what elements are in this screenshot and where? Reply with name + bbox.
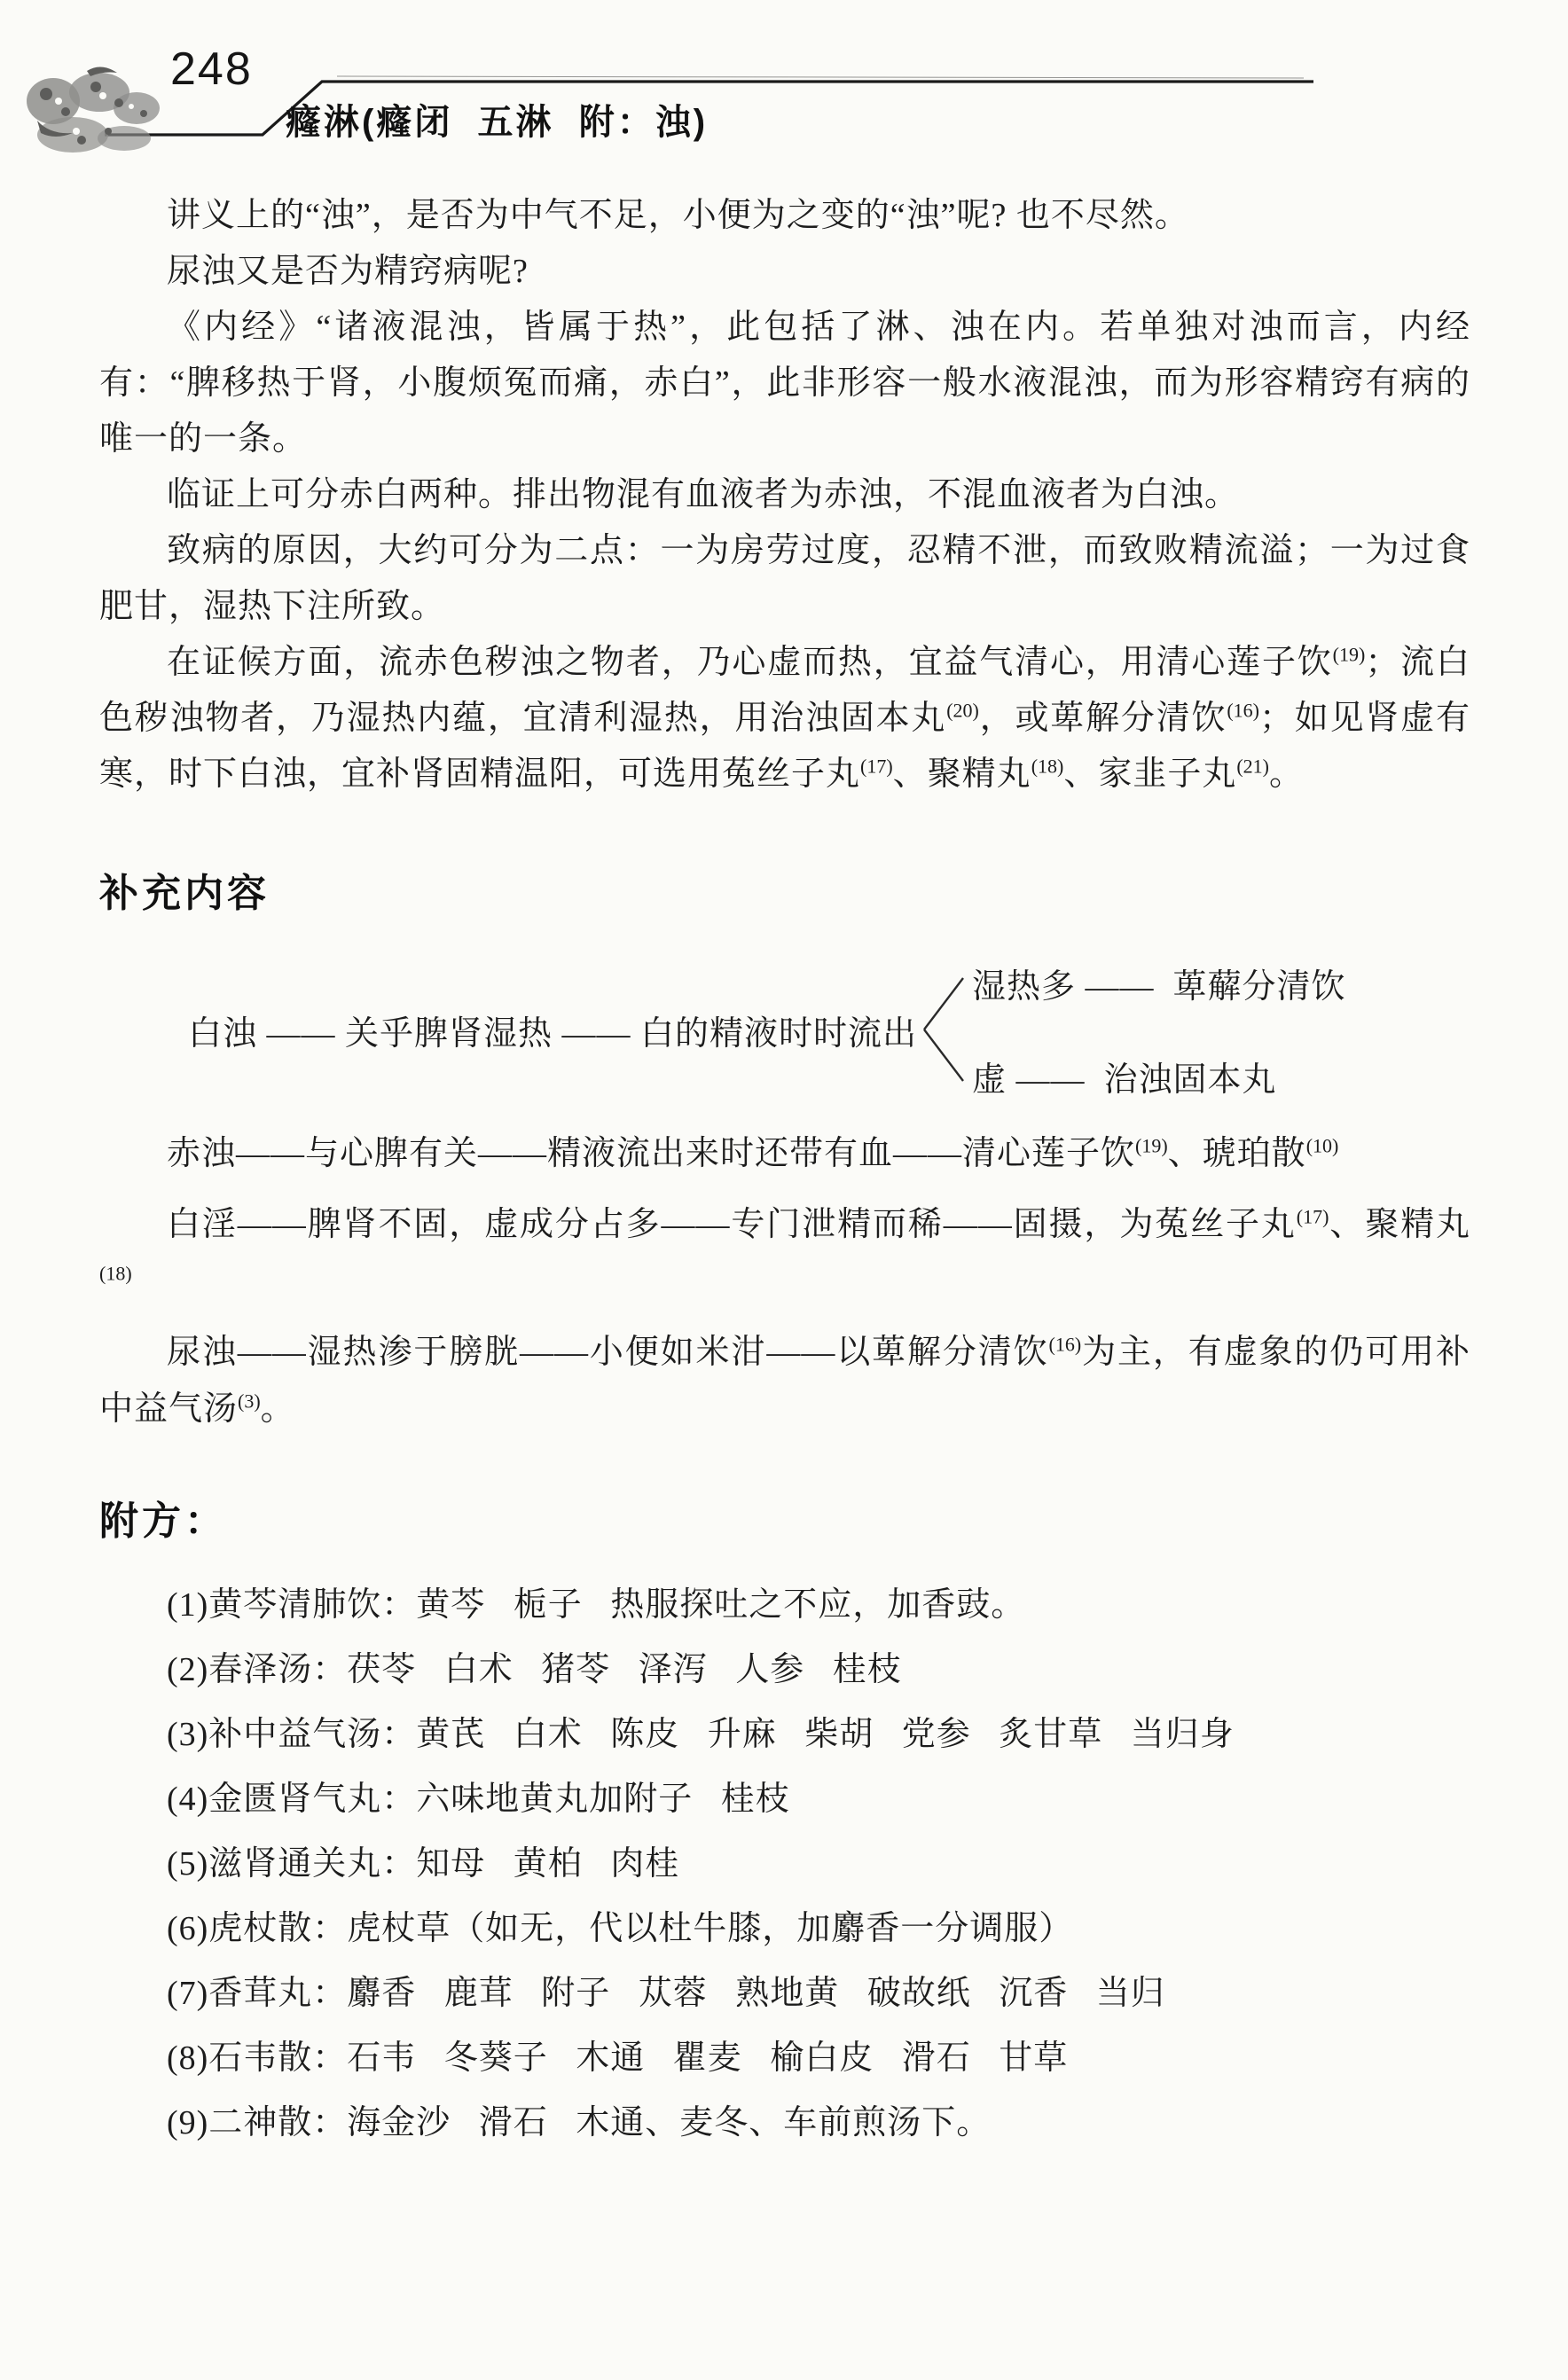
entry-white-seepage: 白淫——脾肾不固，虚成分占多——专门泄精而稀——固摄，为菟丝子丸(17)、聚精丸…	[99, 1196, 1470, 1310]
branch-deficiency: 虚 —— 治浊固本丸	[972, 1052, 1346, 1100]
supplement-entries: 赤浊——与心脾有关——精液流出来时还带有血——清心莲子饮(19)、琥珀散(10)…	[99, 1125, 1470, 1437]
prescription-item: (1)黄芩清肺饮：黄芩 栀子 热服探吐之不应，加香豉。	[99, 1576, 1470, 1635]
prescription-item: (7)香茸丸：麝香 鹿茸 附子 苁蓉 熟地黄 破故纸 沉香 当归	[99, 1964, 1470, 2024]
page-number: 248	[170, 43, 253, 96]
prescription-item: (9)二神散：海金沙 滑石 木通、麦冬、车前煎汤下。	[99, 2094, 1470, 2153]
intro-paragraph: 尿浊又是否为精窍病呢?	[99, 244, 1470, 300]
stamp-image	[20, 50, 169, 165]
prescription-item: (4)金匮肾气丸：六味地黄丸加附子 桂枝	[99, 1770, 1470, 1829]
prescription-item: (5)滋肾通关丸：知母 黄柏 肉桂	[99, 1835, 1470, 1894]
prescription-list: (1)黄芩清肺饮：黄芩 栀子 热服探吐之不应，加香豉。 (2)春泽汤：茯苓 白术…	[99, 1576, 1470, 2153]
branch-damp-heat: 湿热多 —— 萆薢分清饮	[972, 959, 1346, 1007]
intro-paragraph: 在证候方面，流赤色秽浊之物者，乃心虚而热，宜益气清心，用清心莲子饮(19)；流白…	[99, 635, 1470, 802]
diagram-main-line: 白浊 —— 关乎脾肾湿热 —— 白的精液时时流出	[188, 1006, 917, 1054]
section-heading-supplement: 补充内容	[99, 861, 1470, 918]
branch-bracket	[921, 969, 967, 1090]
prescription-item: (3)补中益气汤：黄芪 白术 陈皮 升麻 柴胡 党参 炙甘草 当归身	[99, 1705, 1470, 1765]
page-body: 讲义上的“浊”，是否为中气不足，小便为之变的“浊”呢? 也不尽然。 尿浊又是否为…	[99, 188, 1470, 2158]
prescription-item: (8)石韦散：石韦 冬葵子 木通 瞿麦 榆白皮 滑石 甘草	[99, 2029, 1470, 2088]
entry-urine-turbidity: 尿浊——湿热渗于膀胱——小便如米泔——以萆解分清饮(16)为主，有虚象的仍可用补…	[99, 1324, 1470, 1437]
prescription-item: (6)虎杖散：虎杖草（如无，代以杜牛膝，加麝香一分调服）	[99, 1899, 1470, 1959]
diagram-branches: 湿热多 —— 萆薢分清饮 虚 —— 治浊固本丸	[972, 959, 1346, 1100]
intro-paragraph: 临证上可分赤白两种。排出物混有血液者为赤浊，不混血液者为白浊。	[99, 467, 1470, 523]
section-heading-prescriptions: 附方：	[99, 1489, 1470, 1546]
intro-paragraph: 《内经》“诸液混浊，皆属于热”，此包括了淋、浊在内。若单独对浊而言，内经有：“脾…	[99, 300, 1470, 467]
chapter-title: 癃淋(癃闭 五淋 附：浊)	[286, 94, 708, 145]
prescription-item: (2)春泽汤：茯苓 白术 猪苓 泽泻 人参 桂枝	[99, 1640, 1470, 1700]
intro-paragraph: 致病的原因，大约可分为二点：一为房劳过度，忍精不泄，而致败精流溢；一为过食肥甘，…	[99, 523, 1470, 635]
intro-paragraph: 讲义上的“浊”，是否为中气不足，小便为之变的“浊”呢? 也不尽然。	[99, 188, 1470, 244]
white-turbidity-diagram: 白浊 —— 关乎脾肾湿热 —— 白的精液时时流出 湿热多 —— 萆薢分清饮 虚 …	[188, 959, 1470, 1100]
entry-red-turbidity: 赤浊——与心脾有关——精液流出来时还带有血——清心莲子饮(19)、琥珀散(10)	[99, 1125, 1470, 1182]
book-page: 248 癃淋(癃闭 五淋 附：浊) 讲义上的“浊”，是否为中气不足，小便为之变的…	[0, 0, 1568, 2380]
